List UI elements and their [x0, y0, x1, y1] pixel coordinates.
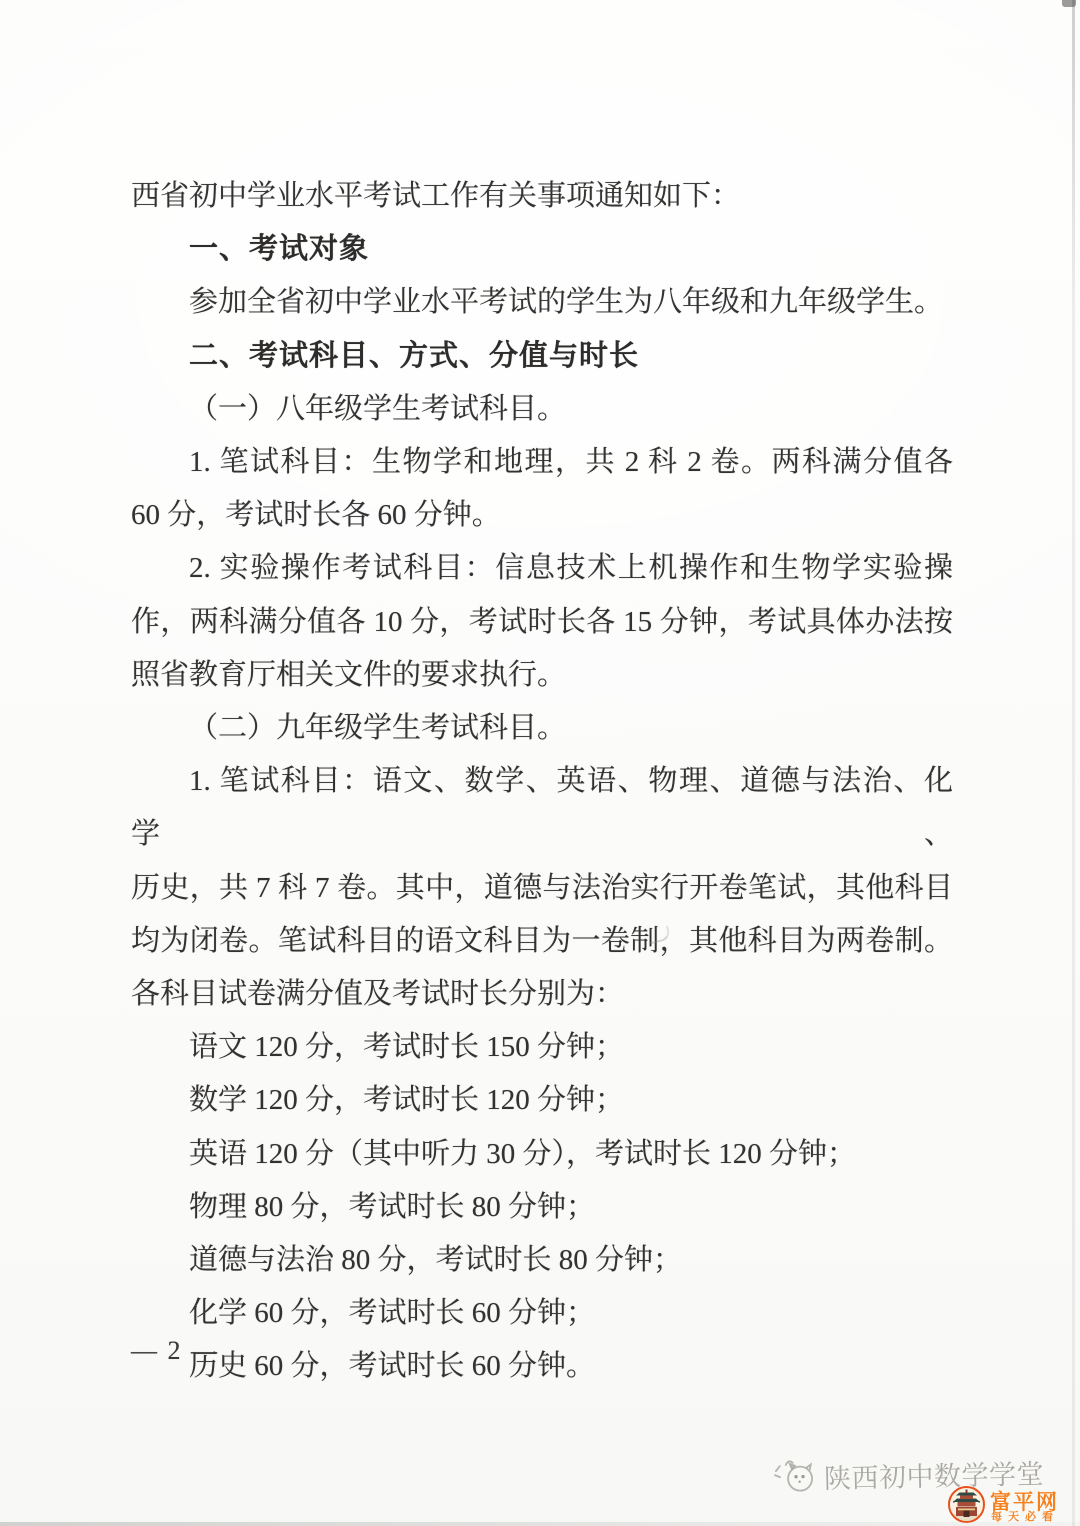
section-heading-1: 一、考试对象	[131, 223, 953, 276]
body-line: 各科目试卷满分值及考试时长分别为：	[131, 968, 953, 1021]
drum-tower-icon	[948, 1486, 985, 1523]
document-body: 西省初中学业水平考试工作有关事项通知如下： 一、考试对象 参加全省初中学业水平考…	[131, 170, 953, 1394]
body-line: 60 分，考试时长各 60 分钟。	[131, 489, 953, 542]
body-line: 2. 实验操作考试科目：信息技术上机操作和生物学实验操	[131, 542, 953, 595]
body-line: 1. 笔试科目：生物学和地理，共 2 科 2 卷。两科满分值各	[131, 436, 953, 489]
subject-line-physics: 物理 80 分，考试时长 80 分钟；	[131, 1181, 953, 1234]
subject-line-chemistry: 化学 60 分，考试时长 60 分钟；	[131, 1287, 953, 1340]
subsection-heading: （二）九年级学生考试科目。	[131, 702, 953, 755]
body-line: 均为闭卷。笔试科目的语文科目为一卷制，其他科目为两卷制。	[131, 915, 953, 968]
fupingwang-logo: 富平网 每天必看	[946, 1485, 1080, 1526]
page-number: — 2 —	[131, 1336, 219, 1366]
body-line: 作，两科满分值各 10 分，考试时长各 15 分钟，考试具体办法按	[131, 596, 953, 649]
mascot-doodle-icon	[772, 1454, 819, 1500]
subject-line-english: 英语 120 分（其中听力 30 分），考试时长 120 分钟；	[131, 1128, 953, 1181]
subject-line-math: 数学 120 分，考试时长 120 分钟；	[131, 1074, 953, 1127]
body-line: 西省初中学业水平考试工作有关事项通知如下：	[131, 170, 953, 223]
subject-line-history: 历史 60 分，考试时长 60 分钟。	[131, 1340, 953, 1393]
section-heading-2: 二、考试科目、方式、分值与时长	[131, 330, 953, 383]
scan-bottom-artifact	[0, 1522, 1080, 1526]
subject-line-morality: 道德与法治 80 分，考试时长 80 分钟；	[131, 1234, 953, 1287]
body-line: 历史，共 7 科 7 卷。其中，道德与法治实行开卷笔试，其他科目	[131, 862, 953, 915]
scan-edge-artifact	[1072, 0, 1075, 1526]
document-page: 西省初中学业水平考试工作有关事项通知如下： 一、考试对象 参加全省初中学业水平考…	[0, 0, 1080, 1526]
body-line: 照省教育厅相关文件的要求执行。	[131, 649, 953, 702]
body-line: 1. 笔试科目：语文、数学、英语、物理、道德与法治、化学、	[131, 755, 953, 861]
subject-line-chinese: 语文 120 分，考试时长 150 分钟；	[131, 1021, 953, 1074]
body-line: 参加全省初中学业水平考试的学生为八年级和九年级学生。	[131, 276, 953, 329]
subsection-heading: （一）八年级学生考试科目。	[131, 383, 953, 436]
scan-corner-artifact	[1062, 0, 1076, 7]
